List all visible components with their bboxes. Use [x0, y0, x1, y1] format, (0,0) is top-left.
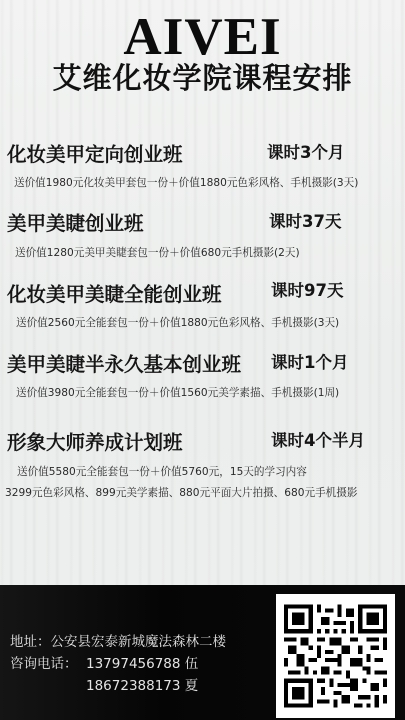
phone-number-1: 13797456788 伍 — [86, 655, 198, 673]
course-duration: 课时97天 — [271, 280, 343, 302]
qr-code-icon — [276, 594, 395, 718]
phone-label: 咨询电话： — [10, 655, 78, 673]
course-gift: 送价值5580元全能套包一份＋价值5760元，15天的学习内容 — [17, 465, 307, 479]
course-duration: 课时1个月 — [271, 352, 348, 374]
course-gift: 送价值2560元全能套包一份＋价值1880元色彩风格、手机摄影(3天) — [16, 316, 339, 330]
course-gift: 送价值3980元全能套包一份＋价值1560元美学素描、手机摄影(1周) — [16, 386, 339, 400]
page-title: 艾维化妆学院课程安排 — [0, 60, 405, 96]
course-name: 化妆美甲定向创业班 — [7, 143, 183, 167]
course-gift-detail: 3299元色彩风格、899元美学素描、880元平面大片拍摄、680元手机摄影 — [5, 486, 357, 500]
course-name: 化妆美甲美睫全能创业班 — [7, 283, 222, 307]
course-gift: 送价值1980元化妆美甲套包一份＋价值1880元色彩风格、手机摄影(3天) — [14, 176, 358, 190]
course-gift: 送价值1280元美甲美睫套包一份＋价值680元手机摄影(2天) — [15, 246, 300, 260]
course-duration: 课时3个月 — [267, 142, 344, 164]
course-name: 形象大师养成计划班 — [7, 431, 183, 455]
course-name: 美甲美睫创业班 — [7, 212, 144, 236]
course-name: 美甲美睫半永久基本创业班 — [7, 353, 241, 377]
brand-logo-text: AIVEI — [0, 10, 405, 64]
qr-code-graphic — [284, 601, 387, 711]
phone-number-2: 18672388173 夏 — [86, 677, 198, 695]
course-duration: 课时37天 — [269, 211, 341, 233]
course-duration: 课时4个半月 — [271, 430, 365, 452]
address-text: 地址：公安县宏泰新城魔法森林二楼 — [10, 633, 226, 651]
